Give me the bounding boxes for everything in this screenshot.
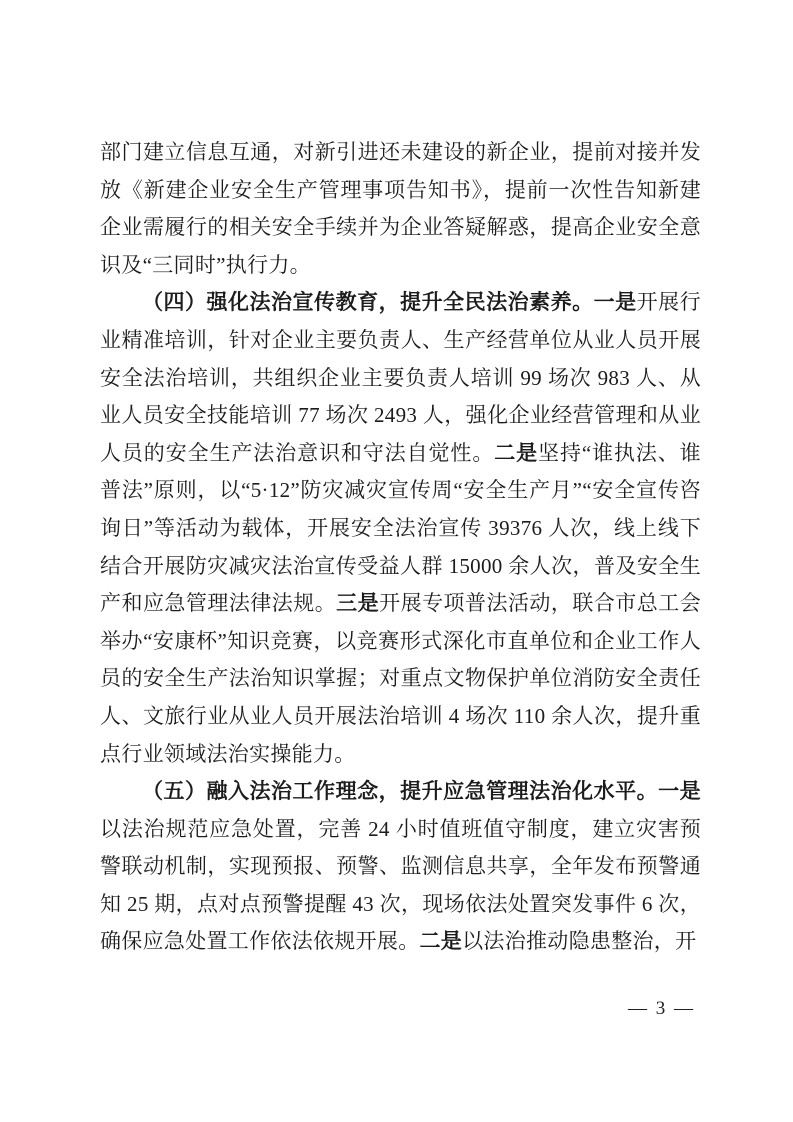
list-marker-text: 三是 [336, 591, 379, 615]
paragraph-section-5: （五）融入法治工作理念，提升应急管理法治化水平。一是以法治规范应急处置，完善 2… [100, 773, 701, 961]
section-heading-text: （五）融入法治工作理念，提升应急管理法治化水平。一是 [142, 779, 701, 803]
paragraph-section-4: （四）强化法治宣传教育，提升全民法治素养。一是开展行业精准培训，针对企业主要负责… [100, 284, 701, 773]
paragraph-text: 以法治推动隐患整治，开 [462, 929, 696, 953]
paragraph-text: 开展行业精准培训，针对企业主要负责人、生产经营单位从业人员开展安全法治培训，共组… [100, 290, 701, 464]
page-number: — 3 — [628, 998, 695, 1020]
list-marker-text: 二是 [494, 441, 538, 465]
paragraph-continuation: 部门建立信息互通，对新引进还未建设的新企业，提前对接并发放《新建企业安全生产管理… [100, 134, 701, 284]
paragraph-text: 坚持“谁执法、谁普法”原则，以“5·12”防灾减灾宣传周“安全生产月”“安全宣传… [100, 441, 701, 615]
document-page: 部门建立信息互通，对新引进还未建设的新企业，提前对接并发放《新建企业安全生产管理… [0, 0, 793, 1122]
section-heading-text: （四）强化法治宣传教育，提升全民法治素养。一是 [142, 290, 637, 314]
document-body: 部门建立信息互通，对新引进还未建设的新企业，提前对接并发放《新建企业安全生产管理… [100, 134, 701, 961]
list-marker-text: 二是 [420, 929, 463, 953]
paragraph-text: 部门建立信息互通，对新引进还未建设的新企业，提前对接并发放《新建企业安全生产管理… [100, 140, 701, 277]
paragraph-text: 开展专项普法活动，联合市总工会举办“安康杯”知识竞赛，以竞赛形式深化市直单位和企… [100, 591, 701, 765]
